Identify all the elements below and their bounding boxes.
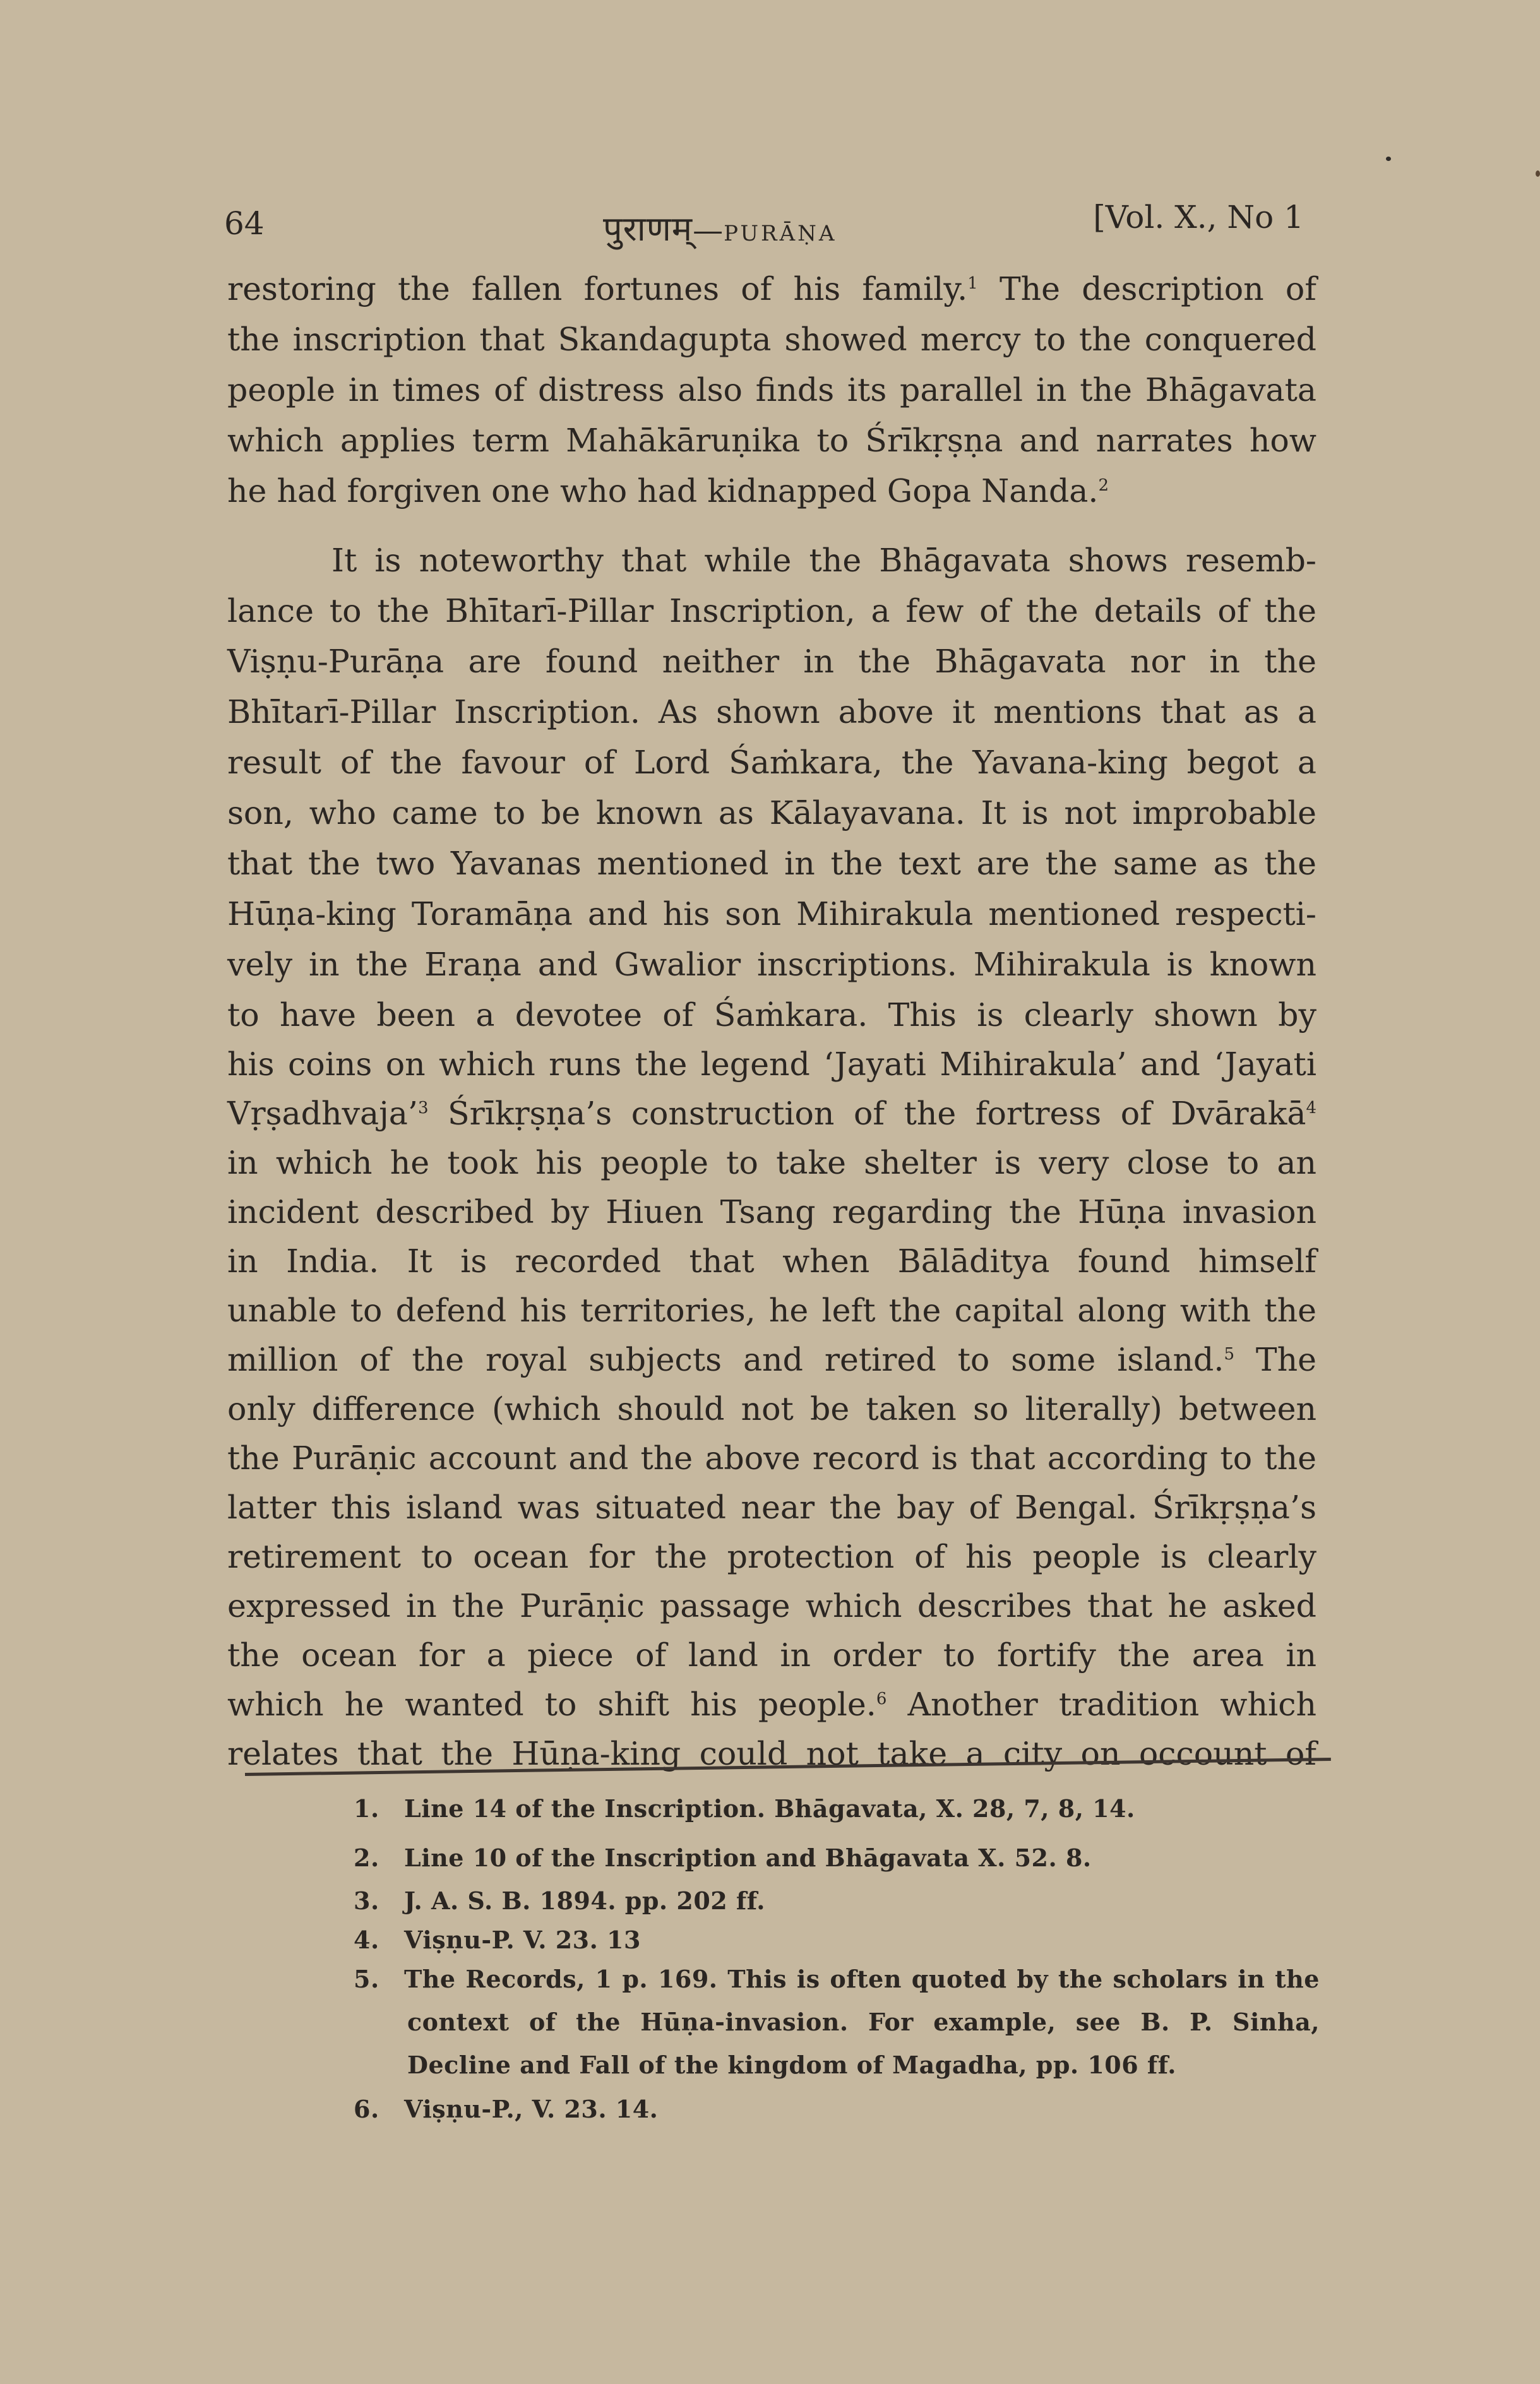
body-line: to have been a devotee of Śaṁkara. This …	[227, 996, 1316, 1034]
journal-title-latin: PURĀṆA	[724, 221, 837, 246]
footnote: context of the Hūṇa-invasion. For exampl…	[407, 2008, 1320, 2037]
footnote: 6.Viṣṇu-P., V. 23. 14.	[354, 2095, 658, 2124]
footnote-number: 6.	[354, 2095, 404, 2124]
body-line: latter this island was situated near the…	[227, 1489, 1316, 1527]
footnote-text: context of the Hūṇa-invasion. For exampl…	[407, 2008, 1320, 2036]
body-line: he had forgiven one who had kidnapped Go…	[227, 472, 1316, 510]
footnote-number: 3.	[354, 1886, 404, 1916]
body-line: son, who came to be known as Kālayavana.…	[227, 794, 1316, 832]
footnote-marker: 4	[1306, 1099, 1316, 1117]
line-text: It is noteworthy that while the Bhāgavat…	[331, 542, 1316, 579]
line-text: expressed in the Purāṇic passage which d…	[227, 1587, 1316, 1624]
body-line: It is noteworthy that while the Bhāgavat…	[331, 542, 1316, 580]
footnote: 1.Line 14 of the Inscription. Bhāgavata,…	[354, 1794, 1135, 1823]
body-line: vely in the Eraṇa and Gwalior inscriptio…	[227, 946, 1316, 984]
body-line: only difference (which should not be tak…	[227, 1390, 1316, 1428]
footnote-number: 2.	[354, 1844, 404, 1873]
line-text: the Purāṇic account and the above record…	[227, 1439, 1316, 1477]
body-line: in which he took his people to take shel…	[227, 1144, 1316, 1182]
page-number: 64	[224, 205, 265, 242]
footnote-text: Decline and Fall of the kingdom of Magad…	[407, 2051, 1176, 2079]
line-text: in which he took his people to take shel…	[227, 1144, 1316, 1181]
body-line: expressed in the Purāṇic passage which d…	[227, 1587, 1316, 1625]
body-line: which applies term Mahākāruṇika to Śrīkṛ…	[227, 422, 1316, 460]
body-line: his coins on which runs the legend ‘Jaya…	[227, 1046, 1316, 1083]
line-text: vely in the Eraṇa and Gwalior inscriptio…	[227, 946, 1316, 983]
footnote-number: 4.	[354, 1926, 404, 1955]
footnote-marker: 1	[967, 274, 978, 293]
body-line: which he wanted to shift his people.6 An…	[227, 1686, 1316, 1724]
line-text: which applies term Mahākāruṇika to Śrīkṛ…	[227, 422, 1316, 459]
line-text: to have been a devotee of Śaṁkara. This …	[227, 996, 1316, 1034]
footnote-marker: 6	[876, 1690, 887, 1708]
body-line: unable to defend his territories, he lef…	[227, 1292, 1316, 1330]
line-text: million of the royal subjects and retire…	[227, 1341, 1224, 1378]
line-text: Viṣṇu-Purāṇa are found neither in the Bh…	[227, 643, 1316, 680]
volume-label: [Vol. X., No 1	[1093, 199, 1304, 235]
line-text: he had forgiven one who had kidnapped Go…	[227, 472, 1098, 510]
line-text: which he wanted to shift his people.	[227, 1686, 876, 1723]
running-header: 64 पुराणम्—PURĀṆA [Vol. X., No 1	[224, 199, 1304, 249]
footnote: Decline and Fall of the kingdom of Magad…	[407, 2051, 1176, 2080]
footnote-text: Viṣṇu-P. V. 23. 13	[404, 1926, 641, 1954]
journal-title-devanagari: पुराणम्	[603, 209, 693, 249]
footnote-marker: 2	[1098, 476, 1109, 495]
body-line: restoring the fallen fortunes of his fam…	[227, 270, 1316, 308]
body-line: incident described by Hiuen Tsang regard…	[227, 1193, 1316, 1231]
footnote-marker: 3	[418, 1099, 429, 1117]
line-text-continued: Another tradition which	[886, 1686, 1316, 1723]
body-line: Hūṇa-king Toramāṇa and his son Mihirakul…	[227, 895, 1316, 933]
body-line: the inscription that Skandagupta showed …	[227, 321, 1316, 359]
line-text: only difference (which should not be tak…	[227, 1390, 1316, 1427]
paper-speck	[1536, 170, 1540, 177]
body-line: lance to the Bhītarī-Pillar Inscription,…	[227, 592, 1316, 630]
line-text: unable to defend his territories, he lef…	[227, 1292, 1316, 1329]
line-text: restoring the fallen fortunes of his fam…	[227, 270, 967, 307]
body-line: people in times of distress also finds i…	[227, 371, 1316, 409]
line-text: his coins on which runs the legend ‘Jaya…	[227, 1046, 1316, 1083]
line-text: that the two Yavanas mentioned in the te…	[227, 845, 1316, 882]
line-text: the inscription that Skandagupta showed …	[227, 321, 1316, 358]
footnote-text: Viṣṇu-P., V. 23. 14.	[404, 2095, 658, 2123]
body-line: that the two Yavanas mentioned in the te…	[227, 845, 1316, 883]
document-page: 64 पुराणम्—PURĀṆA [Vol. X., No 1 restori…	[0, 0, 1540, 2384]
footnote: 4.Viṣṇu-P. V. 23. 13	[354, 1926, 641, 1955]
line-text-continued: Śrīkṛṣṇa’s construction of the fortress …	[429, 1095, 1306, 1132]
line-text: lance to the Bhītarī-Pillar Inscription,…	[227, 592, 1316, 629]
body-line: result of the favour of Lord Śaṁkara, th…	[227, 744, 1316, 782]
line-text-continued: The description of	[978, 270, 1316, 307]
line-text: Bhītarī-Pillar Inscription. As shown abo…	[227, 693, 1316, 730]
footnote: 5.The Records, 1 p. 169. This is often q…	[354, 1965, 1320, 1994]
line-text-continued: The	[1234, 1341, 1316, 1378]
line-text: in India. It is recorded that when Bālād…	[227, 1243, 1316, 1280]
body-line: in India. It is recorded that when Bālād…	[227, 1243, 1316, 1280]
journal-title: पुराणम्—PURĀṆA	[603, 204, 837, 251]
footnote-text: Line 10 of the Inscription and Bhāgavata…	[404, 1844, 1092, 1872]
footnote-text: J. A. S. B. 1894. pp. 202 ff.	[404, 1886, 765, 1915]
line-text: latter this island was situated near the…	[227, 1489, 1316, 1526]
footnote-marker: 5	[1224, 1345, 1234, 1364]
line-text: retirement to ocean for the protection o…	[227, 1538, 1316, 1575]
footnote-number: 5.	[354, 1965, 404, 1994]
line-text: son, who came to be known as Kālayavana.…	[227, 794, 1316, 831]
footnote: 2.Line 10 of the Inscription and Bhāgava…	[354, 1844, 1092, 1873]
line-text: people in times of distress also finds i…	[227, 371, 1316, 408]
line-text: Vṛṣadhvaja’	[227, 1095, 418, 1132]
body-line: the Purāṇic account and the above record…	[227, 1439, 1316, 1477]
line-text: the ocean for a piece of land in order t…	[227, 1636, 1316, 1674]
footnote-text: Line 14 of the Inscription. Bhāgavata, X…	[404, 1794, 1135, 1823]
body-line: Viṣṇu-Purāṇa are found neither in the Bh…	[227, 643, 1316, 681]
body-line: million of the royal subjects and retire…	[227, 1341, 1316, 1379]
line-text: incident described by Hiuen Tsang regard…	[227, 1193, 1316, 1231]
footnote-number: 1.	[354, 1794, 404, 1823]
title-dash: —	[693, 213, 724, 248]
body-line: retirement to ocean for the protection o…	[227, 1538, 1316, 1576]
body-line: Bhītarī-Pillar Inscription. As shown abo…	[227, 693, 1316, 731]
body-line: Vṛṣadhvaja’3 Śrīkṛṣṇa’s construction of …	[227, 1095, 1316, 1133]
paper-speck	[1386, 157, 1391, 161]
footnote: 3.J. A. S. B. 1894. pp. 202 ff.	[354, 1886, 765, 1916]
line-text: result of the favour of Lord Śaṁkara, th…	[227, 744, 1316, 781]
body-line: the ocean for a piece of land in order t…	[227, 1636, 1316, 1674]
line-text: Hūṇa-king Toramāṇa and his son Mihirakul…	[227, 895, 1316, 933]
footnote-text: The Records, 1 p. 169. This is often quo…	[404, 1965, 1320, 1993]
